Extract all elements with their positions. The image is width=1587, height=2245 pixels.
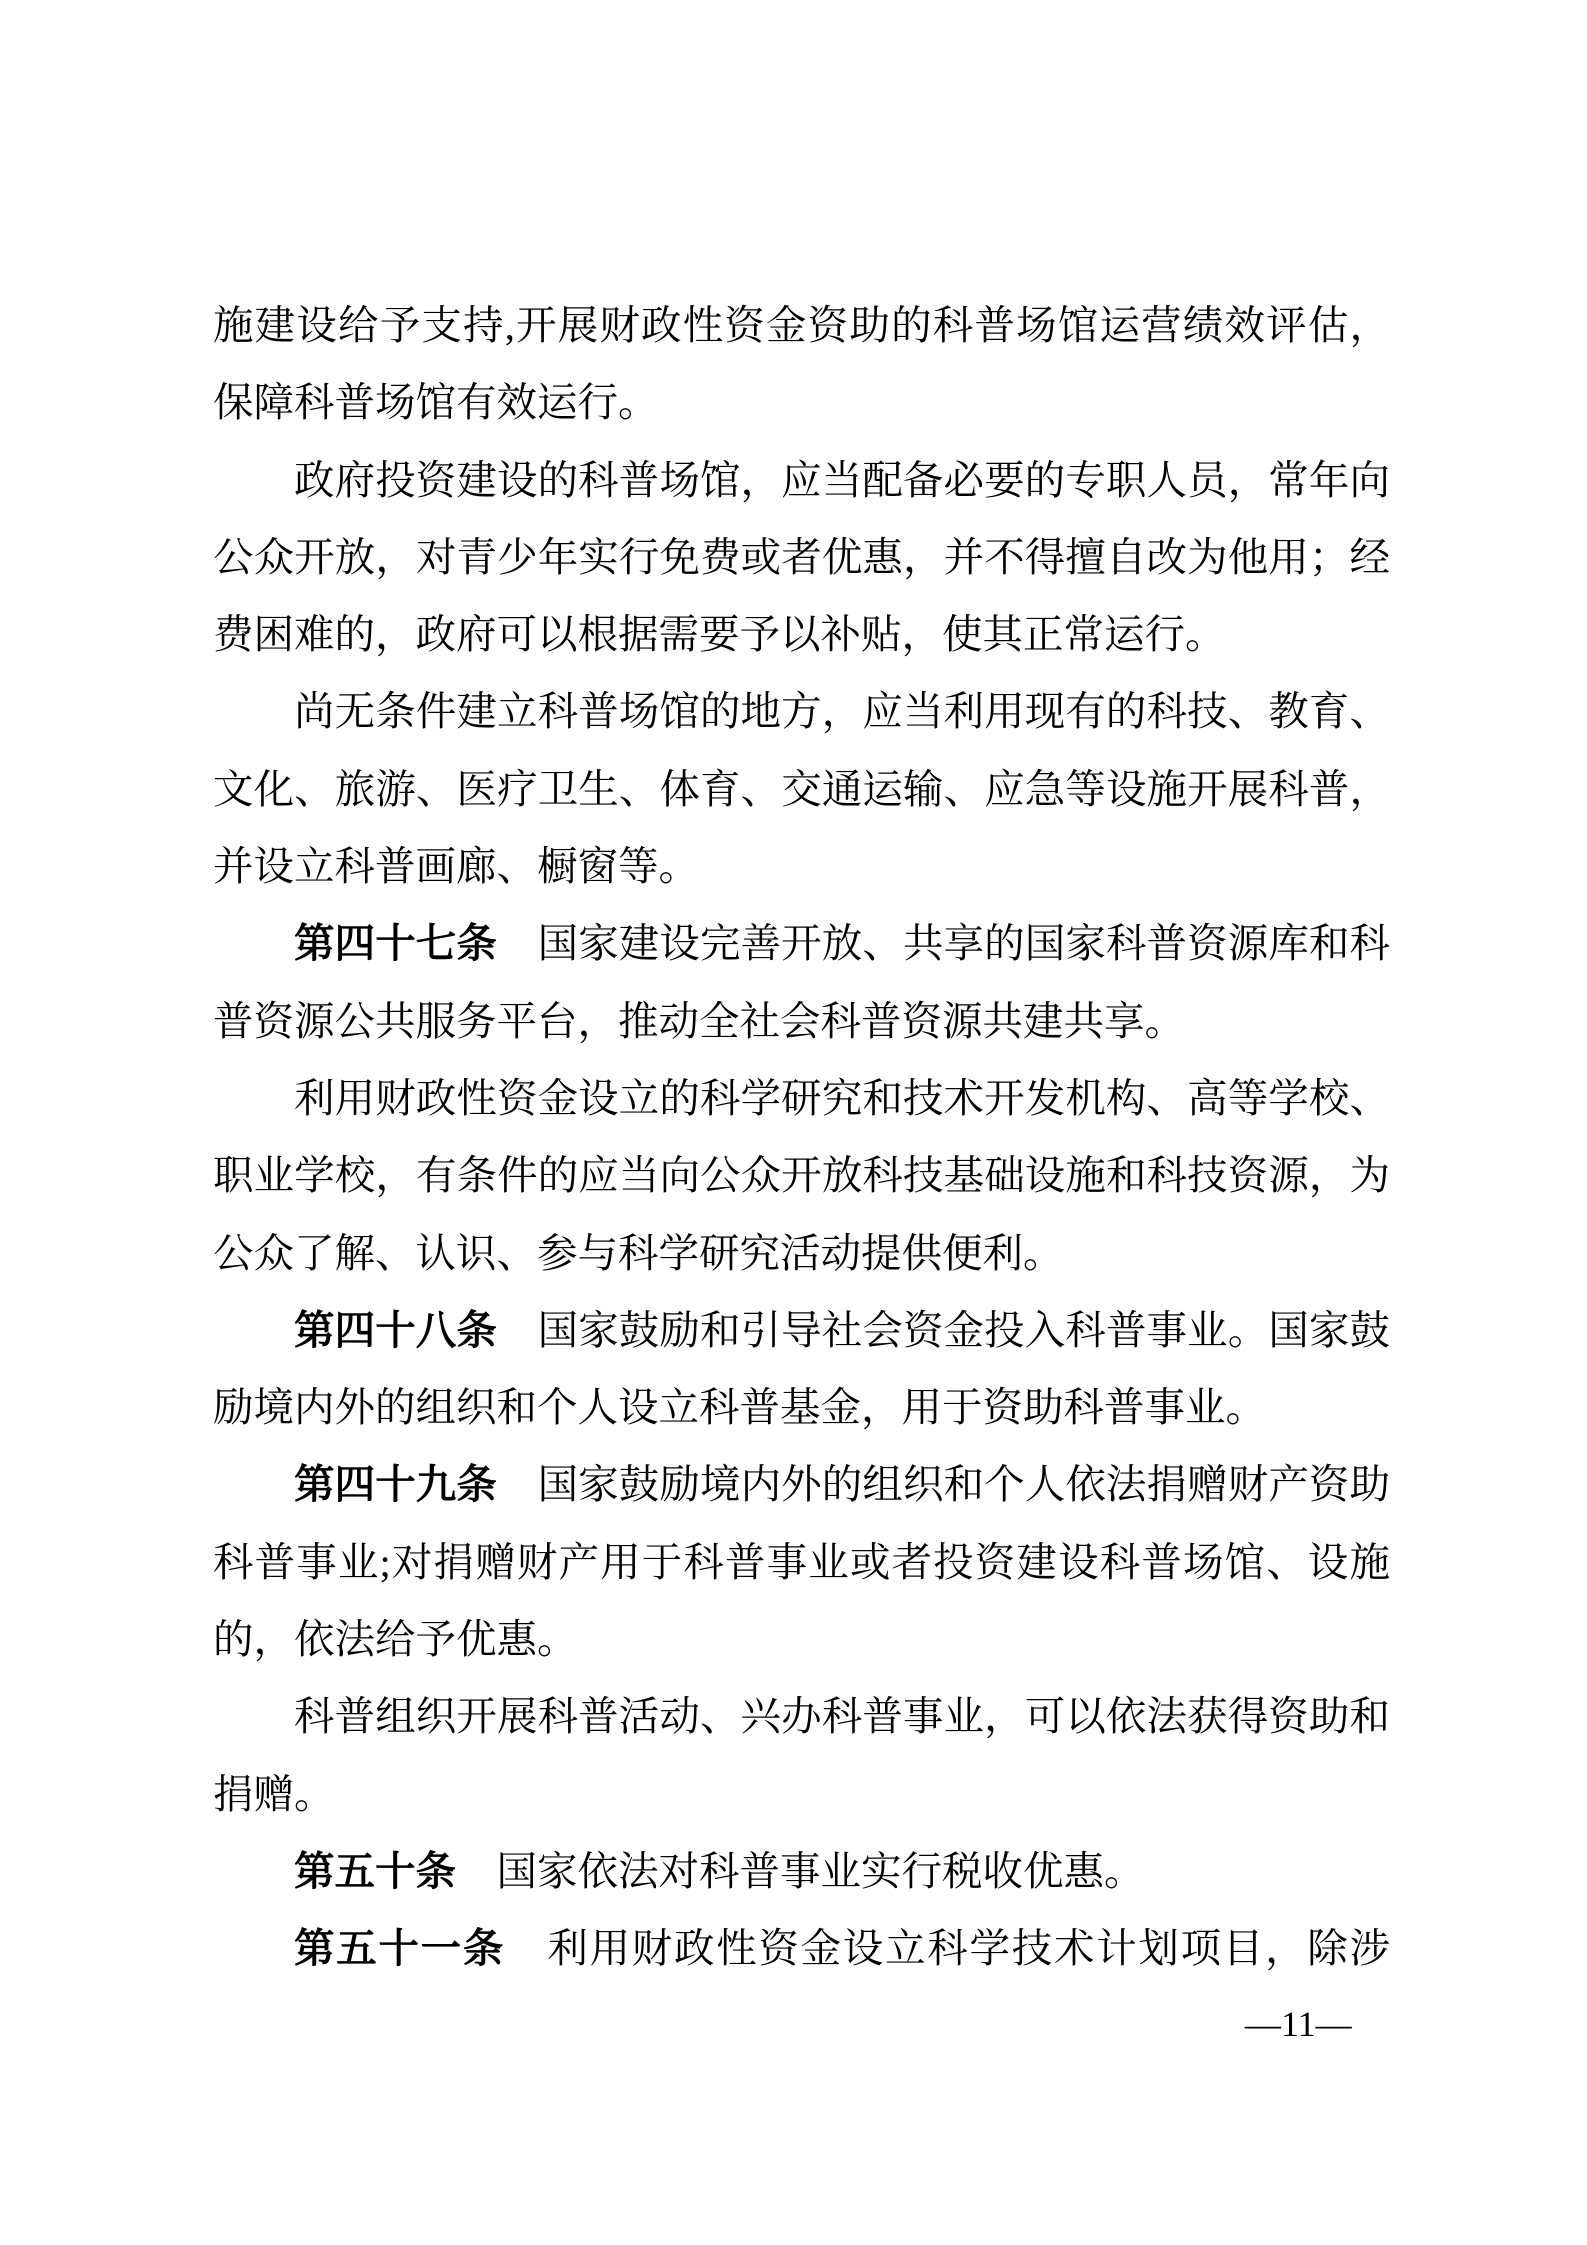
paragraph: 利用财政性资金设立的科学研究和技术开发机构、高等学校、职业学校，有条件的应当向公… — [213, 1060, 1390, 1292]
article-number: 第五十条 — [294, 1848, 456, 1894]
paragraph: 政府投资建设的科普场馆，应当配备必要的专职人员，常年向公众开放，对青少年实行免费… — [213, 442, 1390, 674]
paragraph-text: 国家依法对科普事业实行税收优惠。 — [497, 1849, 1145, 1894]
paragraph: 第四十八条 国家鼓励和引导社会资金投入科普事业。国家鼓励境内外的组织和个人设立科… — [213, 1292, 1390, 1447]
article-number: 第四十八条 — [294, 1307, 497, 1353]
paragraph: 尚无条件建立科普场馆的地方，应当利用现有的科技、教育、文化、旅游、医疗卫生、体育… — [213, 673, 1390, 905]
article-number: 第四十七条 — [294, 920, 497, 966]
article-number: 第五十一条 — [294, 1925, 505, 1971]
paragraph: 第四十七条 国家建设完善开放、共享的国家科普资源库和科普资源公共服务平台，推动全… — [213, 905, 1390, 1060]
paragraph: 第五十一条 利用财政性资金设立科学技术计划项目，除涉 — [213, 1910, 1390, 1987]
paragraph: 科普组织开展科普活动、兴办科普事业，可以依法获得资助和捐赠。 — [213, 1678, 1390, 1833]
paragraph-text: 尚无条件建立科普场馆的地方，应当利用现有的科技、教育、文化、旅游、医疗卫生、体育… — [213, 689, 1390, 889]
article-number: 第四十九条 — [294, 1461, 497, 1507]
paragraph-text: 施建设给予支持,开展财政性资金资助的科普场馆运营绩效评估，保障科普场馆有效运行。 — [213, 303, 1390, 425]
document-body: 施建设给予支持,开展财政性资金资助的科普场馆运营绩效评估，保障科普场馆有效运行。… — [213, 287, 1390, 1988]
paragraph: 第四十九条 国家鼓励境内外的组织和个人依法捐赠财产资助科普事业;对捐赠财产用于科… — [213, 1446, 1390, 1678]
paragraph: 施建设给予支持,开展财政性资金资助的科普场馆运营绩效评估，保障科普场馆有效运行。 — [213, 287, 1390, 442]
page-number: —11— — [1245, 2004, 1352, 2044]
paragraph-text: 科普组织开展科普活动、兴办科普事业，可以依法获得资助和捐赠。 — [213, 1694, 1390, 1816]
paragraph-text: 政府投资建设的科普场馆，应当配备必要的专职人员，常年向公众开放，对青少年实行免费… — [213, 458, 1390, 658]
paragraph-text: 利用财政性资金设立科学技术计划项目，除涉 — [547, 1926, 1390, 1971]
paragraph-text: 利用财政性资金设立的科学研究和技术开发机构、高等学校、职业学校，有条件的应当向公… — [213, 1076, 1390, 1276]
paragraph: 第五十条 国家依法对科普事业实行税收优惠。 — [213, 1833, 1390, 1910]
document-page: 施建设给予支持,开展财政性资金资助的科普场馆运营绩效评估，保障科普场馆有效运行。… — [0, 0, 1587, 2245]
